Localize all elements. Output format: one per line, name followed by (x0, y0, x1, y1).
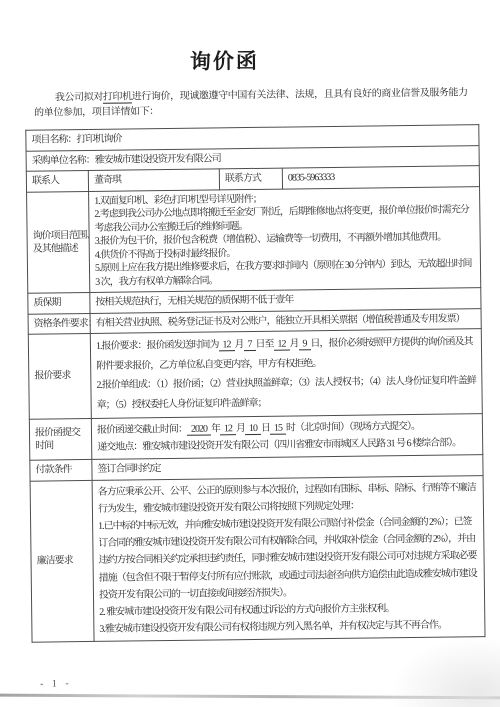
submission-text: 报价函递交截止时间： (97, 424, 187, 436)
submission-time-content: 报价函递交截止时间：2020年12月10日15时（北京时间）（现场方式提交）。 … (91, 414, 482, 460)
submission-day: 10 (245, 423, 261, 435)
intro-paragraph: 我公司拟对打印机进行询价，现诚邀遵守中国有关法律、法规，且具有良好的商业信誉及服… (34, 85, 469, 120)
project-name-value: 打印机询价 (76, 134, 121, 146)
submission-year: 2020 (187, 423, 211, 435)
submission-text: 年 (211, 423, 220, 434)
quote-req-text: 日至 (255, 339, 273, 350)
integrity-label: 廉洁要求 (30, 480, 94, 643)
warranty-label: 质保期 (28, 292, 90, 313)
scope-label-line2: 及其他描述 (33, 242, 84, 256)
integrity-row: 廉洁要求 各方应秉承公开、公平、公正的原则参与本次报价，过程如有围标、串标、陪标… (30, 475, 485, 642)
intro-underlined-term: 打印机 (103, 91, 132, 103)
scope-content: 1.双面复印机、彩色打印机型号详见附件； 2.考虑到我公司办公地点即将搬迁至金安… (89, 186, 481, 292)
quote-req-line2: 2.报价单组成：（1）报价函；（2）营业执照盖鲜章；（3）法人授权书；（4）法人… (96, 371, 476, 415)
payment-label: 付款条件 (30, 459, 92, 480)
quote-req-day1: 7 (243, 339, 255, 351)
purchaser-label: 采购单位名称： (32, 154, 95, 166)
quote-req-text: 月 (289, 338, 298, 349)
scope-row: 询价项目范围、 及其他描述 1.双面复印机、彩色打印机型号详见附件； 2.考虑到… (27, 186, 481, 293)
qualification-label: 资格条件要求： (28, 313, 90, 334)
scope-label: 询价项目范围、 及其他描述 (27, 191, 90, 293)
document-page: 询价函 我公司拟对打印机进行询价，现诚邀遵守中国有关法律、法规，且具有良好的商业… (0, 0, 500, 707)
submission-time-row: 报价函提交时间 报价函递交截止时间：2020年12月10日15时（北京时间）（现… (29, 414, 482, 461)
quote-req-text: 月 (234, 339, 243, 350)
integrity-content: 各方应秉承公开、公平、公正的原则参与本次报价，过程如有围标、串标、陪标、行贿等不… (92, 475, 485, 642)
submission-time-label: 报价函提交时间 (29, 418, 91, 460)
integrity-paragraph: 1.已中标的中标无效，并向雅安城市建设投资开发有限公司赔付补偿金（合同金额的 2… (98, 513, 479, 604)
inquiry-table: 项目名称：打印机询价 采购单位名称：雅安城市建设投资开发有限公司 联系人 董奇琪… (25, 124, 485, 643)
project-name-label: 项目名称： (31, 134, 76, 146)
contact-phone: 0835-5963333 (282, 166, 479, 189)
quote-req-month2: 12 (273, 339, 289, 351)
integrity-paragraph: 3.雅安城市建设投资开发有限公司有权将违规方列入黑名单，并有权决定与其不再合作。 (99, 616, 479, 638)
submission-text: 月 (236, 423, 245, 434)
quote-requirements-label: 报价要求 (28, 333, 91, 419)
quote-requirements-content: 1.报价要求：报价函发送时间为12月7日至12月9日，报价必须按照甲方提供的询价… (90, 329, 482, 419)
document-title: 询价函 (0, 42, 475, 78)
contact-name: 董奇琪 (88, 169, 219, 191)
scope-label-line1: 询价项目范围、 (33, 229, 84, 243)
quote-req-text: 日 (310, 338, 319, 349)
intro-text-before: 我公司拟对 (55, 92, 103, 104)
quote-req-day2: 9 (298, 338, 310, 350)
contact-label: 联系人 (26, 170, 88, 191)
contact-method-label: 联系方式 (219, 168, 282, 189)
quote-req-line1: 1.报价要求：报价函发送时间为12月7日至12月9日，报价必须按照甲方提供的询价… (96, 332, 476, 376)
quote-requirements-row: 报价要求 1.报价要求：报价函发送时间为12月7日至12月9日，报价必须按照甲方… (28, 329, 482, 420)
submission-text: 时（北京时间）（现场方式提交）。 (286, 421, 420, 434)
integrity-paragraph: 各方应秉承公开、公平、公正的原则参与本次报价，过程如有围标、串标、陪标、行贿等不… (98, 479, 478, 518)
purchaser-value: 雅安城市建设投资开发有限公司 (95, 153, 221, 166)
submission-month: 12 (220, 423, 236, 435)
submission-address-line: 递交地点：雅安城市建设投资开发有限公司（四川省雅安市雨城区人民路 31 号 6 … (97, 434, 477, 456)
submission-hour: 15 (270, 423, 286, 435)
scope-item: 5.原则上应在我方提出维修要求后，在我方要求时间内（原则在 30 分钟内）到达，… (95, 257, 475, 289)
quote-req-month1: 12 (218, 339, 234, 351)
submission-text: 日 (261, 423, 270, 434)
scan-corner-noise (390, 637, 500, 707)
quote-req-text: 1.报价要求：报价函发送时间为 (96, 339, 219, 351)
